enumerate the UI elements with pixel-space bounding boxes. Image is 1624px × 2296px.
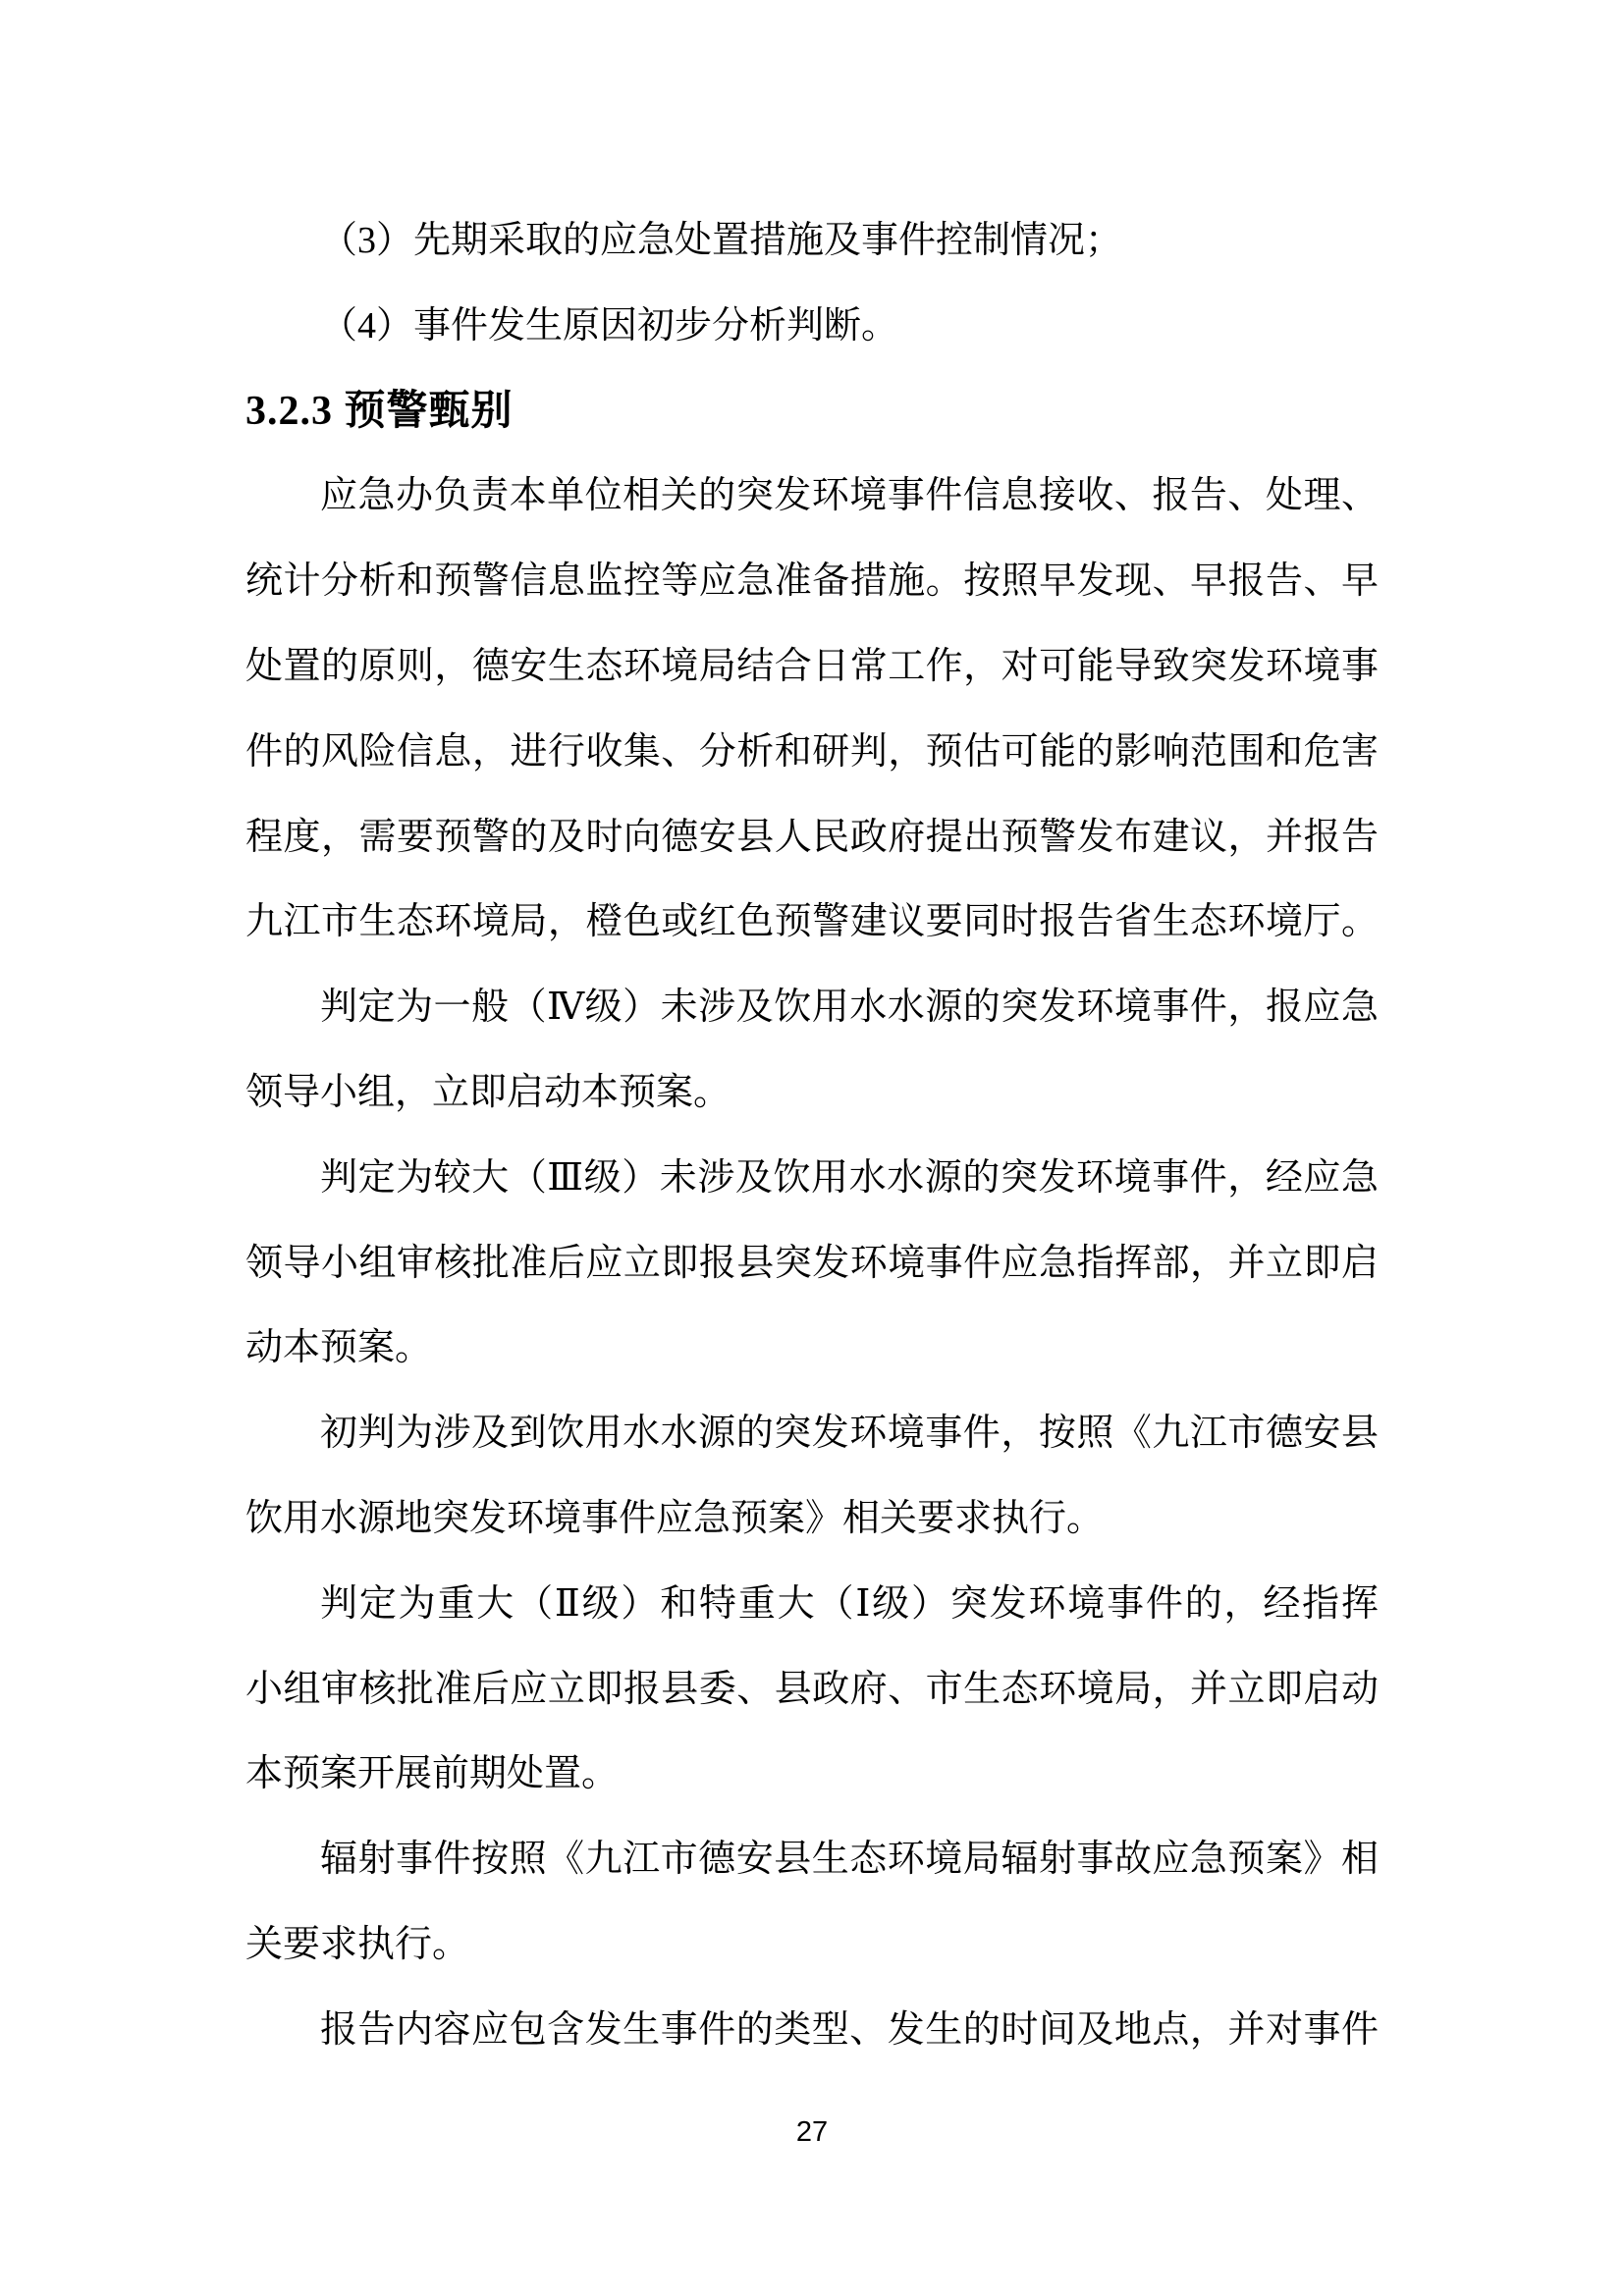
text-line: 判定为重大（Ⅱ级）和特重大（Ⅰ级）突发环境事件的，经指挥 xyxy=(245,1562,1379,1647)
text-line: 判定为一般（Ⅳ级）未涉及饮用水水源的突发环境事件，报应急 xyxy=(245,965,1379,1050)
text-line: （4）事件发生原因初步分析判断。 xyxy=(245,284,1379,369)
text-line: （3）先期采取的应急处置措施及事件控制情况； xyxy=(245,198,1379,284)
document-page: （3）先期采取的应急处置措施及事件控制情况；（4）事件发生原因初步分析判断。3.… xyxy=(0,0,1624,2296)
text-line: 小组审核批准后应立即报县委、县政府、市生态环境局，并立即启动 xyxy=(245,1647,1379,1733)
text-line: 程度，需要预警的及时向德安县人民政府提出预警发布建议，并报告 xyxy=(245,795,1379,881)
text-line: 件的风险信息，进行收集、分析和研判，预估可能的影响范围和危害 xyxy=(245,710,1379,795)
text-line: 领导小组审核批准后应立即报县突发环境事件应急指挥部，并立即启 xyxy=(245,1221,1379,1307)
page-number: 27 xyxy=(0,2112,1624,2152)
text-line: 报告内容应包含发生事件的类型、发生的时间及地点，并对事件 xyxy=(245,1988,1379,2073)
text-line: 处置的原则，德安生态环境局结合日常工作，对可能导致突发环境事 xyxy=(245,624,1379,710)
text-line: 领导小组，立即启动本预案。 xyxy=(245,1050,1379,1136)
text-line: 统计分析和预警信息监控等应急准备措施。按照早发现、早报告、早 xyxy=(245,539,1379,624)
text-line: 动本预案。 xyxy=(245,1306,1379,1391)
text-line: 应急办负责本单位相关的突发环境事件信息接收、报告、处理、 xyxy=(245,454,1379,539)
text-line: 初判为涉及到饮用水水源的突发环境事件，按照《九江市德安县 xyxy=(245,1391,1379,1476)
text-line: 饮用水源地突发环境事件应急预案》相关要求执行。 xyxy=(245,1476,1379,1562)
text-line: 关要求执行。 xyxy=(245,1902,1379,1988)
text-line: 辐射事件按照《九江市德安县生态环境局辐射事故应急预案》相 xyxy=(245,1817,1379,1902)
text-line: 本预案开展前期处置。 xyxy=(245,1732,1379,1817)
section-heading: 3.2.3 预警甄别 xyxy=(245,369,1379,454)
text-line: 九江市生态环境局，橙色或红色预警建议要同时报告省生态环境厅。 xyxy=(245,880,1379,965)
document-body: （3）先期采取的应急处置措施及事件控制情况；（4）事件发生原因初步分析判断。3.… xyxy=(245,198,1379,2073)
text-line: 判定为较大（Ⅲ级）未涉及饮用水水源的突发环境事件，经应急 xyxy=(245,1136,1379,1221)
